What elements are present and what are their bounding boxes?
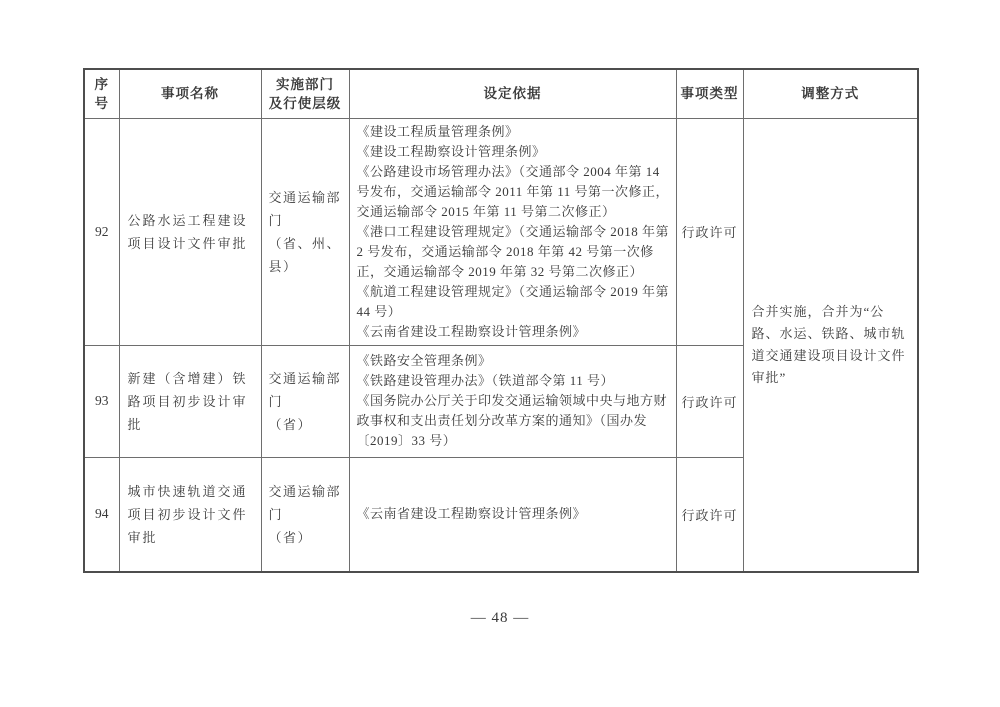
cell-item-name: 公路水运工程建设项目设计文件审批 [119,118,261,345]
law-entry: 《公路建设市场管理办法》（交通部令 2004 年第 14 号发布，交通运输部令 … [357,162,670,222]
column-header-adjustment: 调整方式 [743,69,918,118]
cell-adjustment-merged: 合并实施，合并为“公路、水运、铁路、城市轨道交通建设项目设计文件审批” [743,118,918,572]
header-line: 序 [85,75,119,94]
cell-item-name: 新建（含增建）铁路项目初步设计审批 [119,345,261,457]
dept-line: 交通运输部门 [269,186,345,232]
cell-basis: 《建设工程质量管理条例》《建设工程勘察设计管理条例》《公路建设市场管理办法》（交… [349,118,676,345]
cell-basis: 《铁路安全管理条例》《铁路建设管理办法》（铁道部令第 11 号）《国务院办公厅关… [349,345,676,457]
dept-line: （省、州、县） [269,232,345,278]
cell-department: 交通运输部门 （省） [261,345,349,457]
column-header-seq: 序 号 [84,69,119,118]
law-entry: 《建设工程质量管理条例》 [357,122,670,142]
page-number: — 48 — [0,610,1000,627]
column-header-type: 事项类型 [676,69,743,118]
law-entry: 《云南省建设工程勘察设计管理条例》 [357,504,670,524]
header-line: 事项类型 [677,84,743,103]
header-line: 事项名称 [120,84,261,103]
cell-seq: 94 [84,457,119,572]
column-header-basis: 设定依据 [349,69,676,118]
law-entry: 《云南省建设工程勘察设计管理条例》 [357,322,670,342]
law-entry: 《铁路建设管理办法》（铁道部令第 11 号） [357,371,670,391]
table-header-row: 序 号 事项名称 实施部门 及行使层级 设定依据 事项类型 调整方式 [84,69,918,118]
cell-item-name: 城市快速轨道交通项目初步设计文件审批 [119,457,261,572]
cell-basis: 《云南省建设工程勘察设计管理条例》 [349,457,676,572]
dept-line: 交通运输部门 [269,367,345,413]
header-line: 及行使层级 [262,94,349,113]
column-header-department: 实施部门 及行使层级 [261,69,349,118]
header-line: 号 [85,94,119,113]
header-line: 实施部门 [262,75,349,94]
cell-seq: 93 [84,345,119,457]
header-line: 设定依据 [350,84,676,103]
cell-type: 行政许可 [676,457,743,572]
law-entry: 《港口工程建设管理规定》（交通运输部令 2018 年第 2 号发布，交通运输部令… [357,222,670,282]
cell-department: 交通运输部门 （省） [261,457,349,572]
table-row: 92 公路水运工程建设项目设计文件审批 交通运输部门 （省、州、县） 《建设工程… [84,118,918,345]
dept-line: 交通运输部门 [269,480,345,526]
law-entry: 《国务院办公厅关于印发交通运输领域中央与地方财政事权和支出责任划分改革方案的通知… [357,391,670,451]
cell-seq: 92 [84,118,119,345]
approval-items-table: 序 号 事项名称 实施部门 及行使层级 设定依据 事项类型 调整方式 [83,68,919,573]
cell-type: 行政许可 [676,345,743,457]
law-entry: 《铁路安全管理条例》 [357,351,670,371]
law-entry: 《航道工程建设管理规定》（交通运输部令 2019 年第 44 号） [357,282,670,322]
cell-type: 行政许可 [676,118,743,345]
dept-line: （省） [269,413,345,436]
column-header-item-name: 事项名称 [119,69,261,118]
law-entry: 《建设工程勘察设计管理条例》 [357,142,670,162]
dept-line: （省） [269,526,345,549]
cell-department: 交通运输部门 （省、州、县） [261,118,349,345]
header-line: 调整方式 [744,84,918,103]
document-page: 序 号 事项名称 实施部门 及行使层级 设定依据 事项类型 调整方式 [0,0,1000,707]
